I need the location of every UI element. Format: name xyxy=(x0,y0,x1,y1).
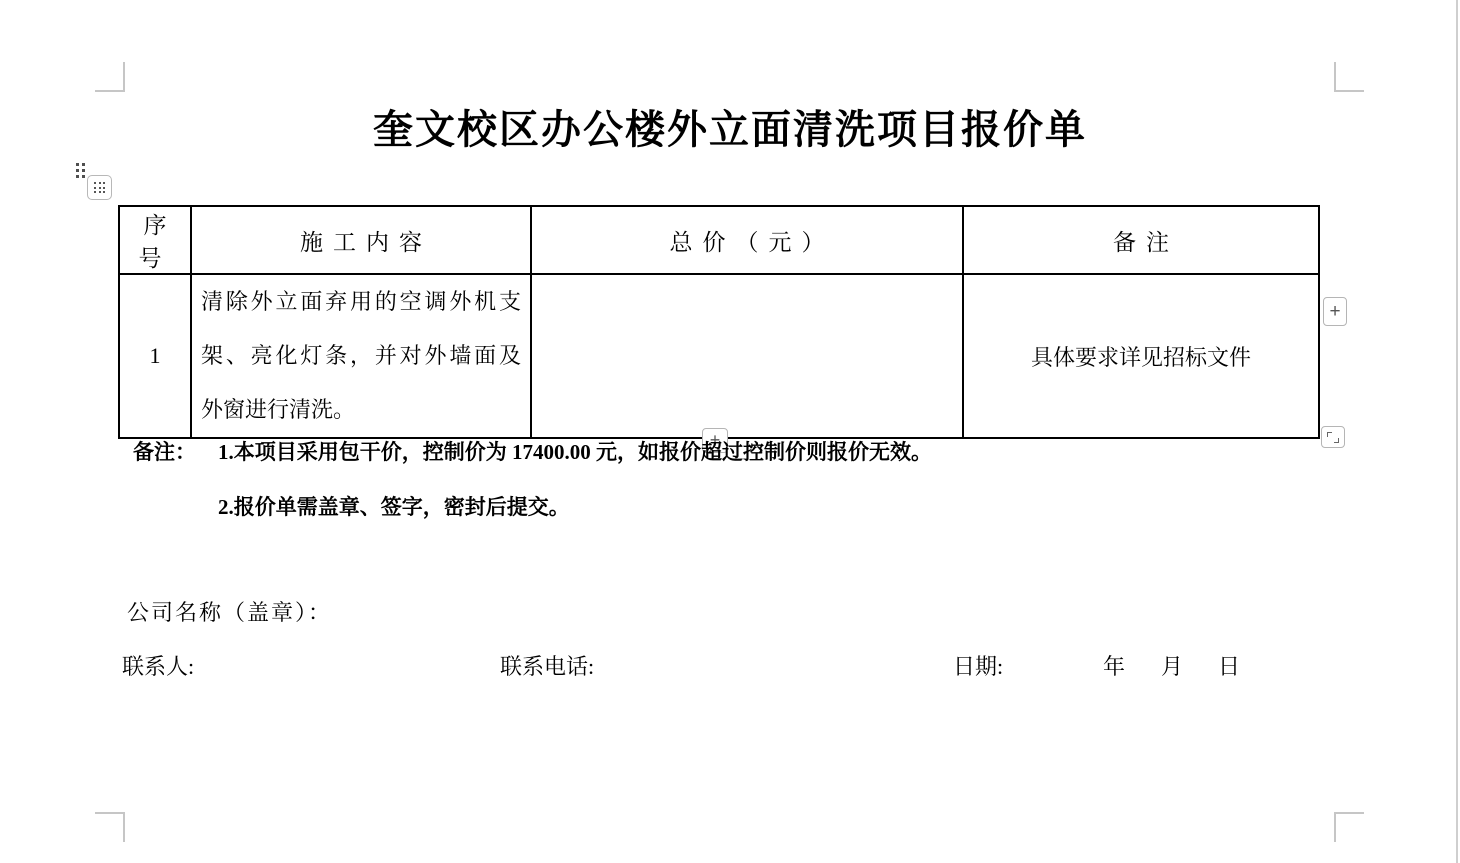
header-cell-work-content: 施工内容 xyxy=(191,206,531,274)
header-cell-total-price: 总价（元） xyxy=(531,206,963,274)
company-name-label: 公司名称（盖章）： xyxy=(127,596,332,627)
work-content-line: 架、亮化灯条，并对外墙面及 xyxy=(201,329,521,383)
crop-mark-bottom-right xyxy=(1334,812,1364,842)
year-label: 年 xyxy=(1103,650,1125,681)
contact-person-label: 联系人: xyxy=(122,650,194,681)
contact-phone-label: 联系电话: xyxy=(500,650,594,681)
row-number-cell: 1 xyxy=(119,274,191,438)
work-content-line: 外窗进行清洗。 xyxy=(201,383,521,437)
crop-mark-top-left xyxy=(95,62,125,92)
plus-icon: + xyxy=(1329,301,1340,323)
note-item-2: 2.报价单需盖章、签字，密封后提交。 xyxy=(218,491,570,521)
month-label: 月 xyxy=(1161,650,1183,681)
header-cell-no: 序号 xyxy=(119,206,191,274)
crop-mark-bottom-left xyxy=(95,812,125,842)
total-price-cell[interactable] xyxy=(531,274,963,438)
table-header-row: 序号 施工内容 总价（元） 备注 xyxy=(119,206,1319,274)
insert-column-button[interactable]: + xyxy=(1323,297,1347,326)
quotation-table: 序号 施工内容 总价（元） 备注 1 清除外立面弃用的空调外机支 架、亮化灯条，… xyxy=(118,205,1320,439)
day-label: 日 xyxy=(1218,650,1240,681)
page-title: 奎文校区办公楼外立面清洗项目报价单 xyxy=(0,98,1460,155)
crop-mark-top-right xyxy=(1334,62,1364,92)
header-cell-remark: 备注 xyxy=(963,206,1319,274)
note-item-1: 1.本项目采用包干价，控制价为 17400.00 元，如报价超过控制价则报价无效… xyxy=(218,436,932,466)
table-move-handle-button[interactable] xyxy=(87,175,112,200)
resize-table-button[interactable] xyxy=(1321,426,1345,448)
date-label: 日期: xyxy=(953,650,1003,681)
table-row: 1 清除外立面弃用的空调外机支 架、亮化灯条，并对外墙面及 外窗进行清洗。 具体… xyxy=(119,274,1319,438)
remark-cell: 具体要求详见招标文件 xyxy=(963,274,1319,438)
grid-icon xyxy=(94,182,105,193)
notes-label: 备注： xyxy=(133,436,196,466)
work-content-cell: 清除外立面弃用的空调外机支 架、亮化灯条，并对外墙面及 外窗进行清洗。 xyxy=(191,274,531,438)
work-content-line: 清除外立面弃用的空调外机支 xyxy=(201,275,521,329)
expand-corners-icon xyxy=(1327,432,1339,443)
